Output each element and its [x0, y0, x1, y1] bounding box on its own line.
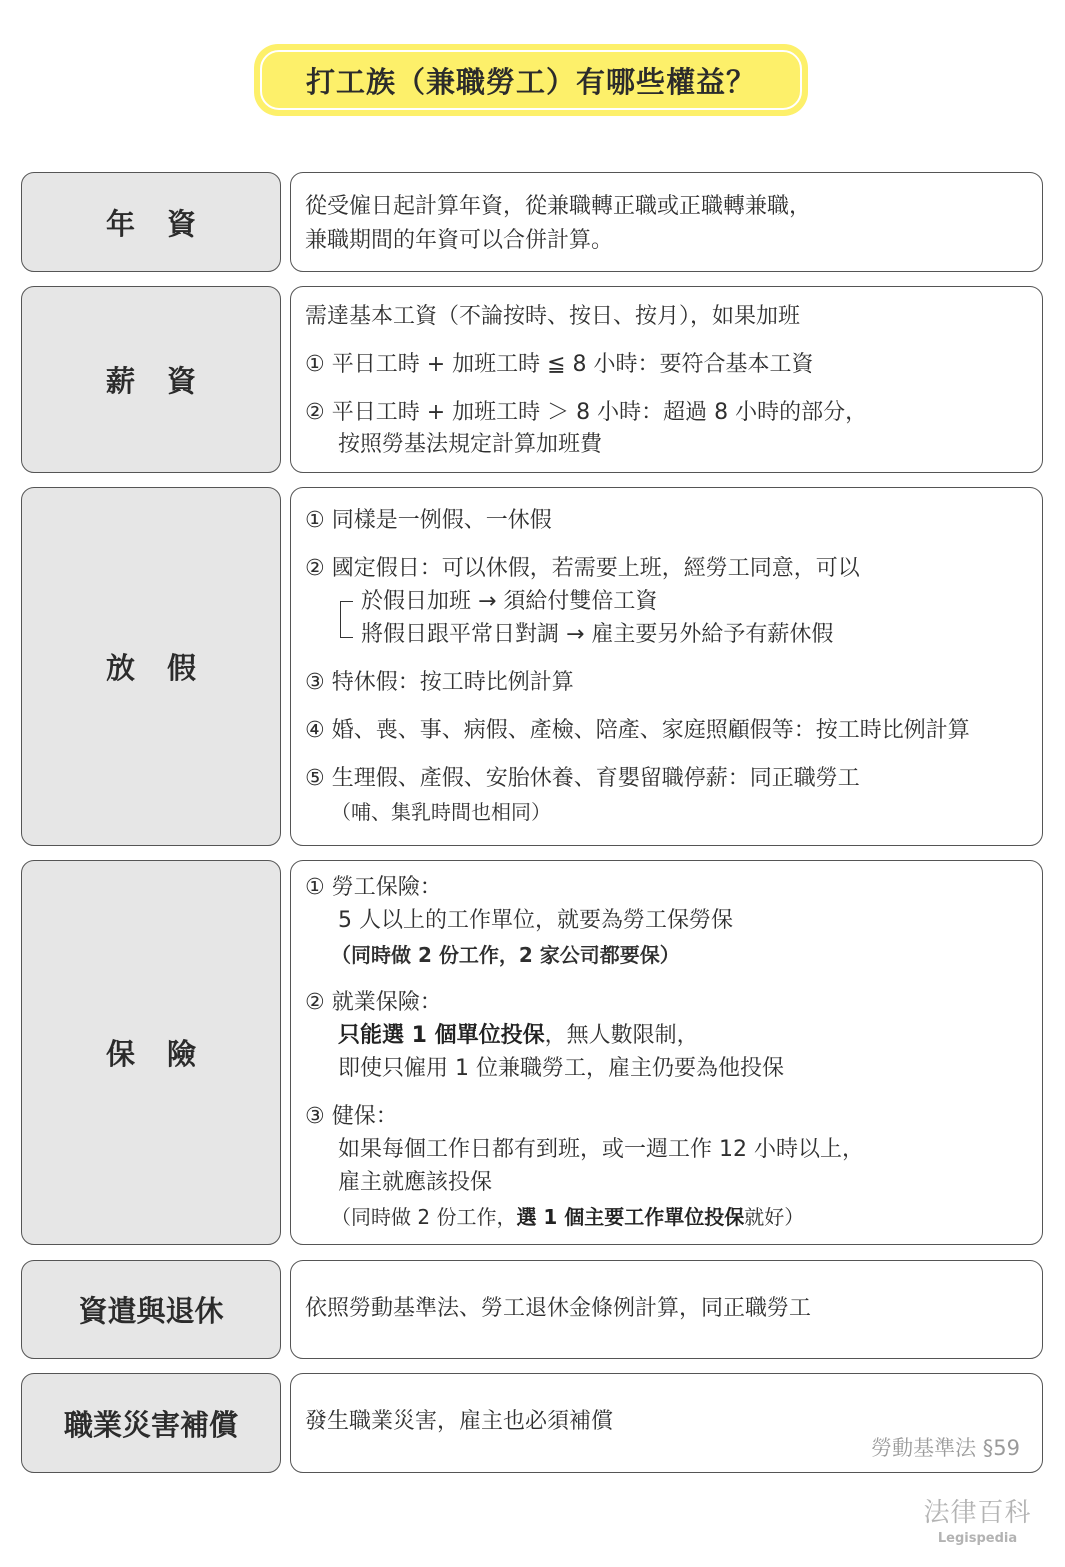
- label-seniority: 年資: [21, 172, 281, 272]
- text-line: 5 人以上的工作單位，就要為勞工保勞保: [338, 906, 733, 936]
- content-insurance: ① 勞工保險： 5 人以上的工作單位，就要為勞工保勞保 （同時做 2 份工作，2…: [290, 860, 1043, 1245]
- text: 就好）: [744, 1205, 804, 1229]
- text-line: ③ 特休假：按工時比例計算: [305, 668, 574, 698]
- text-line: 發生職業災害，雇主也必須補償: [305, 1407, 613, 1437]
- text: ，無人數限制，: [545, 1023, 699, 1048]
- text-line: ② 就業保險：: [305, 988, 442, 1018]
- label-severance-retirement: 資遣與退休: [21, 1260, 281, 1359]
- bold-text: 只能選 1 個單位投保: [338, 1023, 545, 1048]
- text-line: ② 國定假日：可以休假，若需要上班，經勞工同意，可以: [305, 554, 860, 584]
- brand-name-zh: 法律百科: [905, 1492, 1050, 1529]
- content-occupational-injury: 發生職業災害，雇主也必須補償 勞動基準法 §59: [290, 1373, 1043, 1473]
- law-reference: 勞動基準法 §59: [871, 1432, 1020, 1462]
- text-line: 將假日跟平常日對調 → 雇主要另外給予有薪休假: [361, 620, 833, 650]
- text-line: 即使只僱用 1 位兼職勞工，雇主仍要為他投保: [338, 1054, 784, 1084]
- label-wages: 薪資: [21, 286, 281, 473]
- content-seniority: 從受僱日起計算年資，從兼職轉正職或正職轉兼職， 兼職期間的年資可以合併計算。: [290, 172, 1043, 272]
- content-severance-retirement: 依照勞動基準法、勞工退休金條例計算，同正職勞工: [290, 1260, 1043, 1359]
- text-line: ② 平日工時 + 加班工時 ＞ 8 小時：超過 8 小時的部分，: [305, 398, 867, 428]
- text-line: （同時做 2 份工作，2 家公司都要保）: [331, 940, 680, 970]
- brand-logo: 法律百科 Legispedia: [905, 1492, 1050, 1546]
- text-line: ① 同樣是一例假、一休假: [305, 506, 552, 536]
- text-line: 如果每個工作日都有到班，或一週工作 12 小時以上，: [338, 1135, 864, 1165]
- text-line: ④ 婚、喪、事、病假、產檢、陪產、家庭照顧假等：按工時比例計算: [305, 716, 970, 746]
- page-title: 打工族（兼職勞工）有哪些權益？: [260, 50, 802, 110]
- text: （同時做 2 份工作，: [331, 1205, 516, 1229]
- text-line: ① 勞工保險：: [305, 873, 442, 903]
- bracket-bottom: [340, 623, 353, 638]
- text-line: 按照勞基法規定計算加班費: [338, 430, 602, 460]
- brand-name-en: Legispedia: [905, 1531, 1050, 1546]
- text-line: （哺、集乳時間也相同）: [331, 797, 551, 827]
- text-line: 只能選 1 個單位投保，無人數限制，: [338, 1021, 699, 1051]
- content-wages: 需達基本工資（不論按時、按日、按月），如果加班 ① 平日工時 + 加班工時 ≦ …: [290, 286, 1043, 473]
- text-line: ① 平日工時 + 加班工時 ≦ 8 小時：要符合基本工資: [305, 350, 814, 380]
- bold-text: 選 1 個主要工作單位投保: [516, 1205, 744, 1229]
- label-insurance: 保險: [21, 860, 281, 1245]
- text-line: ③ 健保：: [305, 1102, 398, 1132]
- content-leave: ① 同樣是一例假、一休假 ② 國定假日：可以休假，若需要上班，經勞工同意，可以 …: [290, 487, 1043, 846]
- title-banner: 打工族（兼職勞工）有哪些權益？: [254, 44, 808, 116]
- text-line: （同時做 2 份工作，選 1 個主要工作單位投保就好）: [331, 1202, 804, 1232]
- label-leave: 放假: [21, 487, 281, 846]
- text-line: 需達基本工資（不論按時、按日、按月），如果加班: [305, 302, 800, 332]
- text-line: 雇主就應該投保: [338, 1168, 492, 1198]
- text-line: 依照勞動基準法、勞工退休金條例計算，同正職勞工: [305, 1294, 811, 1324]
- text-line: 從受僱日起計算年資，從兼職轉正職或正職轉兼職，: [305, 192, 811, 222]
- text-line: 兼職期間的年資可以合併計算。: [305, 226, 613, 256]
- label-occupational-injury: 職業災害補償: [21, 1373, 281, 1473]
- text-line: ⑤ 生理假、產假、安胎休養、育嬰留職停薪：同正職勞工: [305, 764, 860, 794]
- text-line: 於假日加班 → 須給付雙倍工資: [361, 587, 657, 617]
